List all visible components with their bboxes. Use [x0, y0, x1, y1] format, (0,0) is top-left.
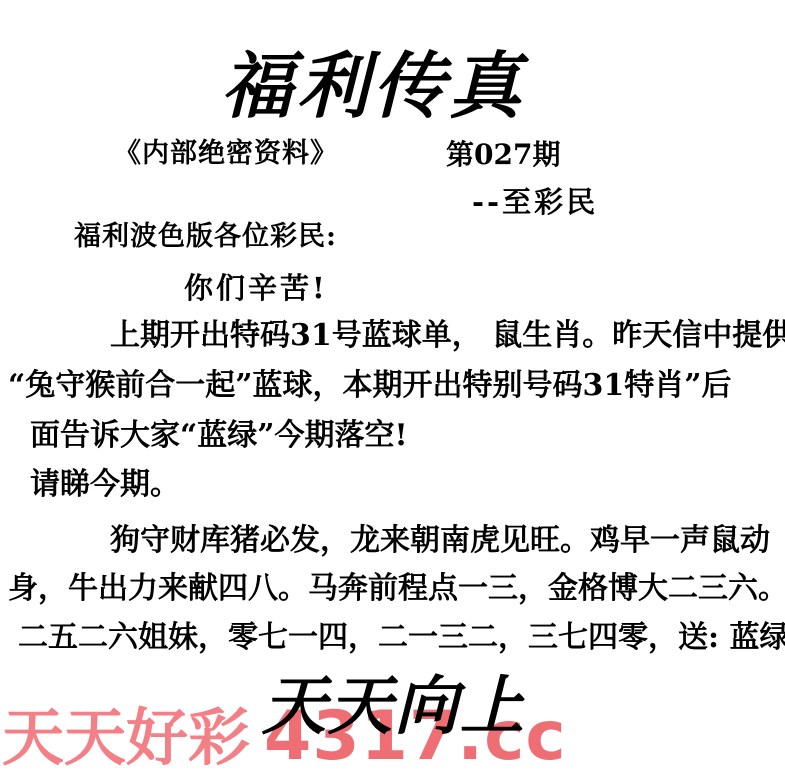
site-watermark: 天天好彩 4317.cc — [2, 688, 567, 772]
greeting-line: 福利波色版各位彩民: — [74, 214, 337, 253]
salute-line: 你们辛苦! — [184, 266, 328, 307]
paragraph-line-1: 上期开出特码31号蓝球单， 鼠生肖。昨天信中提供 — [110, 310, 785, 354]
secret-material-label: 《内部绝密资料》 — [114, 131, 338, 170]
poem-line-3: 二五二六姐妹，零七一四，二一三二，三七四零，送: 蓝绿 — [18, 612, 785, 656]
paragraph-line-2: “兔守猴前合一起”蓝球，本期开出特别号码31特肖”后 — [8, 360, 732, 404]
paragraph-line-3: 面告诉大家“蓝绿”今期落空! — [30, 410, 408, 454]
poem-line-2: 身，牛出力来献四八。马奔前程点一三，金格博大二三六。 — [8, 563, 785, 607]
issue-number: 第027期 — [446, 133, 560, 173]
poem-line-1: 狗守财库猪必发，龙来朝南虎见旺。鸡早一声鼠动 — [110, 515, 770, 559]
watermark-site-text: 4317.cc — [264, 697, 567, 772]
watermark-brand-text: 天天好彩 — [2, 688, 250, 772]
paragraph-line-4: 请睇今期。 — [30, 459, 180, 503]
fax-document-page: 福利传真 《内部绝密资料》 第027期 --至彩民 福利波色版各位彩民: 你们辛… — [0, 0, 785, 772]
page-title: 福利传真 — [221, 28, 525, 132]
dedication-line: --至彩民 — [472, 180, 598, 221]
